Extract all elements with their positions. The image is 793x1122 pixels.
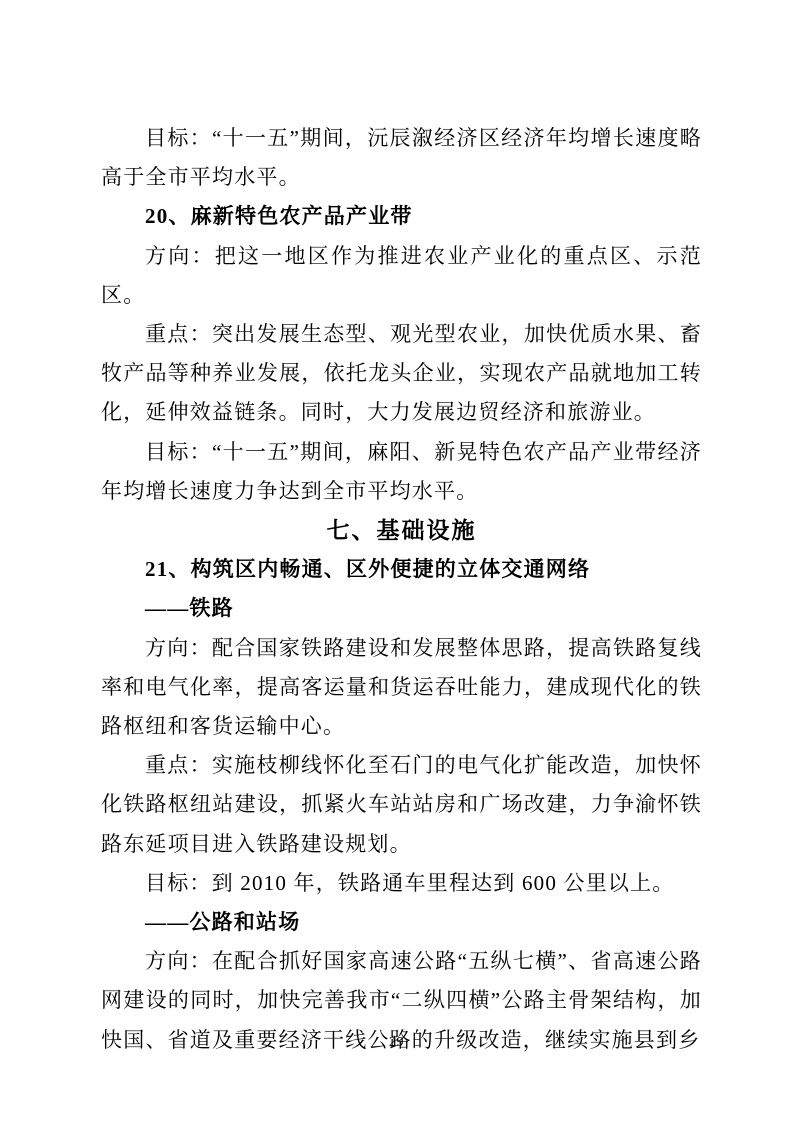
document-page: 目标：“十一五”期间，沅辰溆经济区经济年均增长速度略高于全市平均水平。 20、麻… [0, 0, 793, 1122]
paragraph-direction-railway: 方向：配合国家铁路建设和发展整体思路，提高铁路复线率和电气化率，提高客运量和货运… [101, 629, 702, 747]
paragraph-focus-railway: 重点：实施枝柳线怀化至石门的电气化扩能改造，加快怀化铁路枢纽站建设，抓紧火车站站… [101, 746, 702, 864]
heading-dash-highway-stations: ——公路和站场 [101, 903, 702, 942]
document-body: 目标：“十一五”期间，沅辰溆经济区经济年均增长速度略高于全市平均水平。 20、麻… [101, 119, 702, 1060]
heading-section-7-infrastructure: 七、基础设施 [101, 511, 702, 550]
heading-dash-railway: ——铁路 [101, 589, 702, 628]
paragraph-direction-agri: 方向：把这一地区作为推进农业产业化的重点区、示范区。 [101, 237, 702, 315]
page-number: 29 [0, 1033, 793, 1053]
paragraph-goal-railway-2010: 目标：到 2010 年，铁路通车里程达到 600 公里以上。 [101, 864, 702, 903]
heading-21-transport-network: 21、构筑区内畅通、区外便捷的立体交通网络 [101, 550, 702, 589]
paragraph-focus-agri: 重点：突出发展生态型、观光型农业，加快优质水果、畜牧产品等种养业发展，依托龙头企… [101, 315, 702, 433]
paragraph-goal-yuanchenxu: 目标：“十一五”期间，沅辰溆经济区经济年均增长速度略高于全市平均水平。 [101, 119, 702, 197]
heading-20-maxin-agri-belt: 20、麻新特色农产品产业带 [101, 197, 702, 236]
paragraph-goal-mayang-xinhuang: 目标：“十一五”期间，麻阳、新晃特色农产品产业带经济年均增长速度力争达到全市平均… [101, 433, 702, 511]
